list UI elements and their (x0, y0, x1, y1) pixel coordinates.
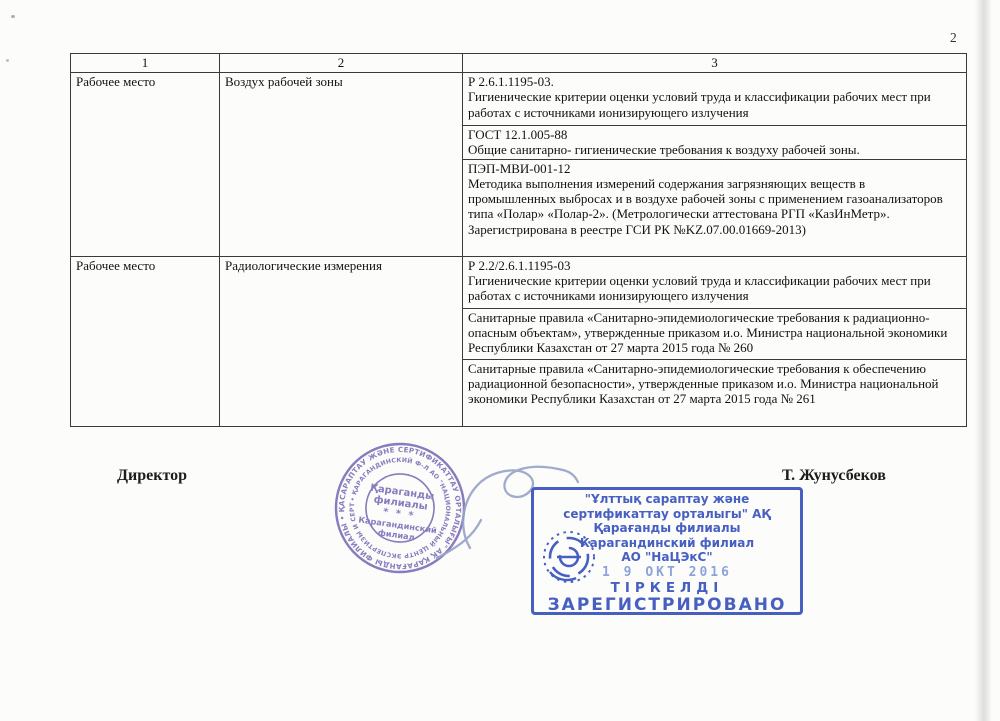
scan-speck (6, 59, 9, 62)
table-header-col3: 3 (463, 54, 967, 73)
standard-cell: Санитарные правила «Санитарно-эпидемиоло… (463, 308, 967, 359)
scan-speck (11, 15, 15, 18)
standard-cell: Р 2.6.1.1195-03. Гигиенические критерии … (463, 73, 967, 126)
standard-code: ГОСТ 12.1.005-88 (468, 127, 956, 142)
standard-cell: ГОСТ 12.1.005-88 Общие санитарно- гигиен… (463, 126, 967, 160)
table-header-col2: 2 (220, 54, 463, 73)
table-row: Рабочее место Радиологические измерения … (71, 256, 967, 308)
page-number: 2 (950, 30, 957, 46)
standard-code: ПЭП-МВИ-001-12 (468, 161, 956, 176)
rect-stamp-line: сертификаттау орталыгы" АҚ (534, 507, 800, 522)
workplace-cell: Рабочее место (71, 73, 220, 257)
director-name: Т. Жунусбеков (782, 467, 886, 485)
table-row: Рабочее место Воздух рабочей зоны Р 2.6.… (71, 73, 967, 126)
standard-text: Гигиенические критерии оценки условий тр… (468, 89, 956, 120)
standard-text: Методика выполнения измерений содержания… (468, 176, 956, 237)
registered-label-ru: ЗАРЕГИСТРИРОВАНО (534, 596, 800, 615)
standard-text: Гигиенические критерии оценки условий тр… (468, 273, 956, 304)
nacexc-emblem-icon (540, 528, 598, 586)
standard-cell: Р 2.2/2.6.1.1195-03 Гигиенические критер… (463, 256, 967, 308)
factor-cell: Радиологические измерения (220, 256, 463, 426)
standard-code: Р 2.2/2.6.1.1195-03 (468, 258, 956, 273)
table-header-row: 1 2 3 (71, 54, 967, 73)
director-title: Директор (117, 467, 187, 485)
factor-cell: Воздух рабочей зоны (220, 73, 463, 257)
standard-text: Общие санитарно- гигиенические требовани… (468, 142, 956, 157)
workplace-cell: Рабочее место (71, 256, 220, 426)
standard-code: Р 2.6.1.1195-03. (468, 74, 956, 89)
table-header-col1: 1 (71, 54, 220, 73)
standard-text: Санитарные правила «Санитарно-эпидемиоло… (468, 361, 956, 407)
rect-stamp: "Ұлттық сараптау және сертификаттау орта… (531, 487, 803, 615)
standard-text: Санитарные правила «Санитарно-эпидемиоло… (468, 310, 956, 356)
standard-cell: ПЭП-МВИ-001-12 Методика выполнения измер… (463, 159, 967, 256)
standard-cell: Санитарные правила «Санитарно-эпидемиоло… (463, 359, 967, 426)
rect-stamp-line: "Ұлттық сараптау және (534, 492, 800, 507)
page-edge-shadow (975, 0, 991, 721)
standards-table: 1 2 3 Рабочее место Воздух рабочей зоны … (70, 53, 967, 427)
